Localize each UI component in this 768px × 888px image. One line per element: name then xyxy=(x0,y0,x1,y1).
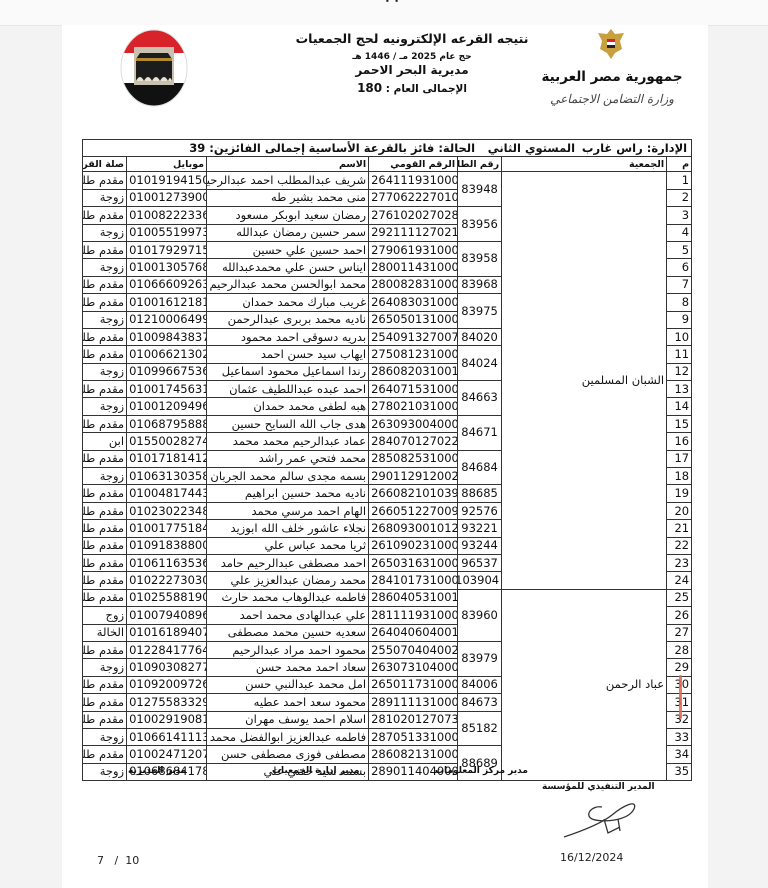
request-number: 83948 xyxy=(458,172,502,207)
relation: زوجة xyxy=(83,398,127,415)
col-header-mobile: موبايل xyxy=(127,157,207,172)
mobile-number: 01001775184 xyxy=(127,520,207,537)
status-label: الحالة: xyxy=(438,141,475,155)
national-id: 26408303100072 xyxy=(369,294,458,311)
relation: مقدم طلب xyxy=(83,241,127,258)
row-number: 1 xyxy=(667,172,692,189)
relation: زوجة xyxy=(83,363,127,380)
row-number: 33 xyxy=(667,728,692,745)
mobile-number: 01025588190 xyxy=(127,589,207,606)
request-number: 83975 xyxy=(458,294,502,329)
level-label: المستوي الثاني xyxy=(475,141,575,156)
document-title: نتيجه القرعه الإلكترونيه لحج الجمعيات xyxy=(282,31,542,46)
row-number: 5 xyxy=(667,241,692,258)
person-name: هدى جاب الله السايح حسين xyxy=(207,415,369,432)
relation: مقدم طلب xyxy=(83,711,127,728)
national-id: 26404060400123 xyxy=(369,624,458,641)
mobile-number: 01068795888 xyxy=(127,415,207,432)
person-name: مصطفى فوزى مصطفى حسن xyxy=(207,746,369,763)
grand-total: الإجمالى العام : 180 xyxy=(282,81,542,95)
person-name: محمد رمضان عبدالعزيز علي xyxy=(207,572,369,589)
relation: مقدم طلب xyxy=(83,520,127,537)
row-number: 25 xyxy=(667,589,692,606)
col-header-name: الاسم xyxy=(207,157,369,172)
page-indicator: 7 / 10 xyxy=(97,854,139,867)
national-id: 28407012702211 xyxy=(369,433,458,450)
table-row: 1الشبان المسلمين8394826411193100056شريف … xyxy=(83,172,692,189)
relation: زوجة xyxy=(83,728,127,745)
request-number: 84671 xyxy=(458,415,502,450)
mobile-number: 01017929715 xyxy=(127,241,207,258)
menu-dots-icon[interactable]: • • xyxy=(385,0,400,6)
person-name: ناديه محمد حسين ابراهيم xyxy=(207,485,369,502)
person-name: ثريا محمد عباس علي xyxy=(207,537,369,554)
national-id: 27906193100032 xyxy=(369,241,458,258)
hajj-logo-icon xyxy=(118,27,190,109)
row-number: 29 xyxy=(667,659,692,676)
relation: مقدم طلب xyxy=(83,346,127,363)
national-id: 28705133100082 xyxy=(369,728,458,745)
request-number: 92576 xyxy=(458,502,502,519)
person-name: احمد مصطفى عبدالرحيم حامد xyxy=(207,554,369,571)
mobile-number: 01099667536 xyxy=(127,363,207,380)
mobile-number: 01001209496 xyxy=(127,398,207,415)
mobile-number: 01008222336 xyxy=(127,207,207,224)
row-number: 12 xyxy=(667,363,692,380)
mobile-number: 01001745631 xyxy=(127,381,207,398)
row-number: 18 xyxy=(667,468,692,485)
mobile-number: 01275583329 xyxy=(127,694,207,711)
relation: مقدم طلب xyxy=(83,694,127,711)
request-number: 88685 xyxy=(458,485,502,502)
relation: ابن xyxy=(83,433,127,450)
mobile-number: 01063130358 xyxy=(127,468,207,485)
person-name: ايهاب سيد حسن احمد xyxy=(207,346,369,363)
relation: مقدم طلب xyxy=(83,207,127,224)
row-number: 10 xyxy=(667,328,692,345)
row-number: 8 xyxy=(667,294,692,311)
person-name: الهام احمد مرسي محمد xyxy=(207,502,369,519)
association-name: الشبان المسلمين xyxy=(502,172,667,589)
admin-info: الإدارة: راس غارب xyxy=(575,141,689,156)
row-number: 23 xyxy=(667,554,692,571)
row-number: 15 xyxy=(667,415,692,432)
person-name: بسمه مجدى سالم محمد الجربان xyxy=(207,468,369,485)
relation: مقدم طلب xyxy=(83,276,127,293)
person-name: اسلام احمد يوسف مهران xyxy=(207,711,369,728)
person-name: فاطمه عبدالوهاب محمد حارث xyxy=(207,589,369,606)
person-name: محمد فتحي عمر راشد xyxy=(207,450,369,467)
signature-scribble-icon xyxy=(562,795,642,849)
national-id: 26501173100067 xyxy=(369,676,458,693)
mobile-number: 01017181412 xyxy=(127,450,207,467)
row-number: 19 xyxy=(667,485,692,502)
mobile-number: 01061163536 xyxy=(127,554,207,571)
request-number: 93244 xyxy=(458,537,502,554)
admin-label: الإدارة: xyxy=(647,141,687,155)
row-number: 7 xyxy=(667,276,692,293)
row-number: 17 xyxy=(667,450,692,467)
national-id: 28911113100077 xyxy=(369,694,458,711)
row-number: 24 xyxy=(667,572,692,589)
relation: زوجة xyxy=(83,468,127,485)
relation: مقدم طلب xyxy=(83,294,127,311)
relation: مقدم طلب xyxy=(83,381,127,398)
person-name: ايناس حسن علي محمدعبدالله xyxy=(207,259,369,276)
col-header-association: الجمعية xyxy=(502,157,667,172)
page-separator: / xyxy=(115,854,119,867)
sig-directorate: مدير المديرية xyxy=(128,766,186,776)
association-name: عباد الرحمن xyxy=(502,589,667,780)
status-value: فائز بالقرعة الأساسية xyxy=(309,141,435,155)
mobile-number: 01210006499 xyxy=(127,311,207,328)
row-number: 16 xyxy=(667,433,692,450)
person-name: عماد عبدالرحيم محمد محمد xyxy=(207,433,369,450)
relation: زوجة xyxy=(83,224,127,241)
person-name: علي عبدالهادى محمد احمد xyxy=(207,607,369,624)
national-id: 29211112702148 xyxy=(369,224,458,241)
ministry-name: وزارة التضامن الاجتماعي xyxy=(532,92,692,106)
winners-value: 39 xyxy=(189,141,205,155)
request-number: 83979 xyxy=(458,641,502,676)
national-id: 26505013100066 xyxy=(369,311,458,328)
directorate-name: مديرية البحر الاحمر xyxy=(282,63,542,77)
person-name: رمضان سعيد ابوبكر مسعود xyxy=(207,207,369,224)
person-name: سعديه حسين محمد مصطفى xyxy=(207,624,369,641)
page-current: 7 xyxy=(97,854,104,867)
mobile-number: 01002919081 xyxy=(127,711,207,728)
person-name: محمد ابوالحسن محمد عبدالرحيم xyxy=(207,276,369,293)
col-header-m: م xyxy=(667,157,692,172)
row-number: 13 xyxy=(667,381,692,398)
national-id: 28008283100096 xyxy=(369,276,458,293)
row-number: 27 xyxy=(667,624,692,641)
person-name: محمود سعد احمد عطيه xyxy=(207,694,369,711)
red-pen-mark xyxy=(679,675,682,719)
national-id: 25409132700729 xyxy=(369,328,458,345)
request-number: 83956 xyxy=(458,207,502,242)
sig-executive: المدير التنفيذي للمؤسسة xyxy=(542,782,655,792)
national-id: 28608213100037 xyxy=(369,746,458,763)
relation: زوجة xyxy=(83,659,127,676)
national-id: 26309300400042 xyxy=(369,415,458,432)
person-name: فاطمه عبدالعزيز ابوالفضل محمد xyxy=(207,728,369,745)
mobile-number: 01066141113 xyxy=(127,728,207,745)
person-name: منى محمد بشير طه xyxy=(207,189,369,206)
mobile-number: 01009843837 xyxy=(127,328,207,345)
mobile-number: 01022273030 xyxy=(127,572,207,589)
relation: زوجة xyxy=(83,311,127,328)
relation: مقدم طلب xyxy=(83,328,127,345)
hajj-year: حج عام 2025 مـ / 1446 هـ xyxy=(282,52,542,62)
national-id: 28604053100102 xyxy=(369,589,458,606)
row-number: 34 xyxy=(667,746,692,763)
person-name: بدريه دسوقى احمد محمود xyxy=(207,328,369,345)
mobile-number: 01001305768 xyxy=(127,259,207,276)
sig-associations: مدير إدارة الجمعيات xyxy=(272,766,359,776)
republic-name: جمهورية مصر العربية xyxy=(532,69,692,85)
mobile-number: 01001612181 xyxy=(127,294,207,311)
national-id: 26503163100037 xyxy=(369,554,458,571)
mobile-number: 01019194150 xyxy=(127,172,207,189)
request-number: 84006 xyxy=(458,676,502,693)
results-table: الإدارة: راس غارب المستوي الثاني الحالة:… xyxy=(82,139,692,781)
relation: مقدم طلب xyxy=(83,415,127,432)
row-number: 6 xyxy=(667,259,692,276)
mobile-number: 01001273900 xyxy=(127,189,207,206)
relation: مقدم طلب xyxy=(83,554,127,571)
mobile-number: 01550028274 xyxy=(127,433,207,450)
relation: مقدم طلب xyxy=(83,572,127,589)
request-number: 93221 xyxy=(458,520,502,537)
grand-total-label: الإجمالى العام : xyxy=(386,83,467,95)
row-number: 21 xyxy=(667,520,692,537)
row-number: 22 xyxy=(667,537,692,554)
mobile-number: 01006621302 xyxy=(127,346,207,363)
national-id: 26608210103968 xyxy=(369,485,458,502)
col-header-request-no: رقم الطلب xyxy=(458,157,502,172)
mobile-number: 01066609263 xyxy=(127,276,207,293)
relation: مقدم طلب xyxy=(83,746,127,763)
national-id: 28508253100035 xyxy=(369,450,458,467)
row-number: 35 xyxy=(667,763,692,780)
mobile-number: 01091838800 xyxy=(127,537,207,554)
relation: زوج xyxy=(83,607,127,624)
national-id: 27706222701009 xyxy=(369,189,458,206)
national-id: 26809300101269 xyxy=(369,520,458,537)
request-number: 84020 xyxy=(458,328,502,345)
mobile-number: 01023022348 xyxy=(127,502,207,519)
national-id: 26411193100056 xyxy=(369,172,458,189)
national-id: 26407153100056 xyxy=(369,381,458,398)
mobile-number: 01007940896 xyxy=(127,607,207,624)
mobile-number: 01004817443 xyxy=(127,485,207,502)
person-name: سعاد احمد محمد حسن xyxy=(207,659,369,676)
row-number: 20 xyxy=(667,502,692,519)
request-number: 84663 xyxy=(458,381,502,416)
request-number: 83968 xyxy=(458,276,502,293)
national-id: 26109023100088 xyxy=(369,537,458,554)
page-total: 10 xyxy=(125,854,139,867)
relation: مقدم طلب xyxy=(83,485,127,502)
viewer-top-bar: • • xyxy=(0,0,768,26)
winners-label: إجمالى الفائزين: xyxy=(209,141,305,155)
row-number: 28 xyxy=(667,641,692,658)
mobile-number: 01092009726 xyxy=(127,676,207,693)
relation: مقدم طلب xyxy=(83,537,127,554)
relation: مقدم طلب xyxy=(83,172,127,189)
row-number: 2 xyxy=(667,189,692,206)
person-name: سمر حسين رمضان عبدالله xyxy=(207,224,369,241)
national-id: 28111193100076 xyxy=(369,607,458,624)
row-number: 3 xyxy=(667,207,692,224)
table-header-row: م الجمعية رقم الطلب الرقم القومي الاسم م… xyxy=(83,157,692,172)
request-number: 103904 xyxy=(458,572,502,589)
relation: مقدم طلب xyxy=(83,589,127,606)
relation: زوجة xyxy=(83,259,127,276)
national-id: 28001143100041 xyxy=(369,259,458,276)
request-number: 84684 xyxy=(458,450,502,485)
row-number: 26 xyxy=(667,607,692,624)
info-row: الإدارة: راس غارب المستوي الثاني الحالة:… xyxy=(83,140,692,157)
document-page: نتيجه القرعه الإلكترونيه لحج الجمعيات حج… xyxy=(62,25,708,888)
person-name: هبه لطفى محمد حمدان xyxy=(207,398,369,415)
col-header-national-id: الرقم القومي xyxy=(369,157,458,172)
row-number: 14 xyxy=(667,398,692,415)
mobile-number: 01228417764 xyxy=(127,641,207,658)
person-name: احمد حسين علي حسين xyxy=(207,241,369,258)
relation: زوجة xyxy=(83,189,127,206)
person-name: رندا اسماعيل محمود اسماعيل xyxy=(207,363,369,380)
person-name: امل محمد عبدالنبي حسن xyxy=(207,676,369,693)
table-body: 1الشبان المسلمين8394826411193100056شريف … xyxy=(83,172,692,781)
request-number: 84024 xyxy=(458,346,502,381)
relation: زوجة xyxy=(83,763,127,780)
admin-value: راس غارب xyxy=(582,141,643,155)
national-id: 28410173100077 xyxy=(369,572,458,589)
status-info: الحالة: فائز بالقرعة الأساسية xyxy=(305,141,475,156)
request-number: 83958 xyxy=(458,241,502,276)
relation: مقدم طلب xyxy=(83,450,127,467)
request-number: 96537 xyxy=(458,554,502,571)
sig-info-center: مدير مركز المعلومات xyxy=(435,766,528,776)
relation: مقدم طلب xyxy=(83,641,127,658)
grand-total-value: 180 xyxy=(357,81,382,95)
document-date: 16/12/2024 xyxy=(560,851,623,864)
mobile-number: 01016189407 xyxy=(127,624,207,641)
person-name: شريف عبدالمطلب احمد عبدالرحيم xyxy=(207,172,369,189)
national-id: 29011291200223 xyxy=(369,468,458,485)
row-number: 4 xyxy=(667,224,692,241)
relation: مقدم طلب xyxy=(83,502,127,519)
national-id: 27610202702877 xyxy=(369,207,458,224)
request-number: 84673 xyxy=(458,694,502,711)
relation: مقدم طلب xyxy=(83,676,127,693)
national-id: 28608203100144 xyxy=(369,363,458,380)
national-id: 26307310400048 xyxy=(369,659,458,676)
request-number: 85182 xyxy=(458,711,502,746)
col-header-relation: صلة القرابه xyxy=(83,157,127,172)
mobile-number: 01090308277 xyxy=(127,659,207,676)
person-name: محمود احمد مراد عبدالرحيم xyxy=(207,641,369,658)
row-number: 9 xyxy=(667,311,692,328)
request-number: 83960 xyxy=(458,589,502,641)
row-number: 11 xyxy=(667,346,692,363)
winners-info: إجمالى الفائزين: 39 xyxy=(189,141,305,156)
person-name: غريب مبارك محمد حمدان xyxy=(207,294,369,311)
egypt-eagle-icon xyxy=(594,27,628,61)
mobile-number: 01005519973 xyxy=(127,224,207,241)
national-id: 28102012707374 xyxy=(369,711,458,728)
national-id: 25507040400259 xyxy=(369,641,458,658)
person-name: احمد عبده عبداللطيف عثمان xyxy=(207,381,369,398)
person-name: نجلاء عاشور خلف الله ابوزيد xyxy=(207,520,369,537)
national-id: 26605122700922 xyxy=(369,502,458,519)
info-cell: الإدارة: راس غارب المستوي الثاني الحالة:… xyxy=(83,140,692,157)
national-id: 27802103100063 xyxy=(369,398,458,415)
table-row: 25عباد الرحمن8396028604053100102فاطمه عب… xyxy=(83,589,692,606)
mobile-number: 01002471207 xyxy=(127,746,207,763)
national-id: 27508123100056 xyxy=(369,346,458,363)
relation: الخالة xyxy=(83,624,127,641)
person-name: ناديه محمد بربرى عبدالرحمن xyxy=(207,311,369,328)
